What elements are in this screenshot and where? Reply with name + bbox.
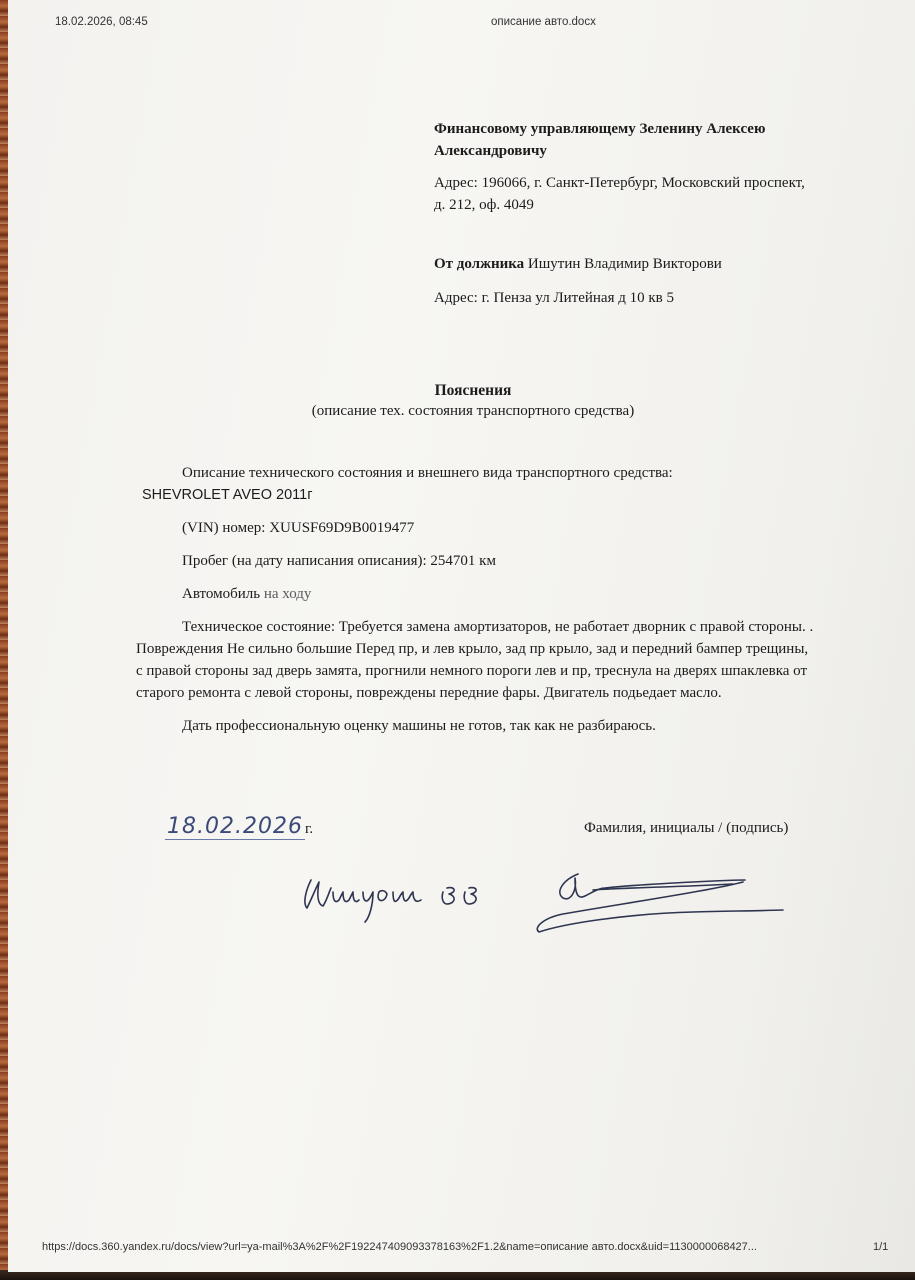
debtor-name: Ишутин Владимир Викторови xyxy=(528,256,722,272)
signature-date: 18.02.2026г. xyxy=(165,814,313,839)
print-header: 18.02.2026, 08:45 описание авто.docx xyxy=(8,16,915,32)
vehicle-mileage: Пробег (на дату написания описания): 254… xyxy=(136,550,816,572)
handwritten-signature xyxy=(293,862,793,942)
vehicle-model: SHEVROLET AVEO 2011г xyxy=(142,484,816,506)
vehicle-intro-paragraph: Описание технического состояния и внешне… xyxy=(136,462,816,506)
vehicle-vin: (VIN) номер: XUUSF69D9B0019477 xyxy=(136,517,816,539)
signature-label: Фамилия, инициалы / (подпись) xyxy=(584,820,788,837)
document-title: Пояснения xyxy=(8,381,915,401)
addressee-address: Адрес: 196066, г. Санкт-Петербург, Моско… xyxy=(434,172,814,216)
debtor-address: Адрес: г. Пенза ул Литейная д 10 кв 5 xyxy=(434,287,814,309)
vehicle-status-suffix: на ходу xyxy=(264,586,312,602)
document-title-block: Пояснения (описание тех. состояния транс… xyxy=(8,381,915,421)
handwritten-date: 18.02.2026 xyxy=(165,814,305,840)
table-surface-edge xyxy=(0,0,8,1280)
document-url: https://docs.360.yandex.ru/docs/view?url… xyxy=(42,1241,757,1253)
print-filename: описание авто.docx xyxy=(491,16,596,28)
page-number: 1/1 xyxy=(873,1241,888,1253)
vehicle-status-prefix: Автомобиль xyxy=(182,586,260,602)
debtor-line: От должника Ишутин Владимир Викторови xyxy=(434,253,814,275)
document-page: 18.02.2026, 08:45 описание авто.docx Фин… xyxy=(8,0,915,1272)
document-subtitle: (описание тех. состояния транспортного с… xyxy=(8,401,915,421)
debtor-label: От должника xyxy=(434,256,524,272)
vehicle-status: Автомобиль на ходу xyxy=(136,583,816,605)
vehicle-intro: Описание технического состояния и внешне… xyxy=(136,462,816,484)
debtor-block: От должника Ишутин Владимир Викторови Ад… xyxy=(434,253,814,309)
document-body: Описание технического состояния и внешне… xyxy=(136,462,816,748)
date-suffix: г. xyxy=(305,821,313,837)
addressee-name: Финансовому управляющему Зеленину Алексе… xyxy=(434,118,814,162)
technical-state-paragraph: Техническое состояние: Требуется замена … xyxy=(136,616,816,704)
print-datetime: 18.02.2026, 08:45 xyxy=(55,16,148,28)
assessment-paragraph: Дать профессиональную оценку машины не г… xyxy=(136,715,816,737)
addressee-block: Финансовому управляющему Зеленину Алексе… xyxy=(434,118,814,216)
